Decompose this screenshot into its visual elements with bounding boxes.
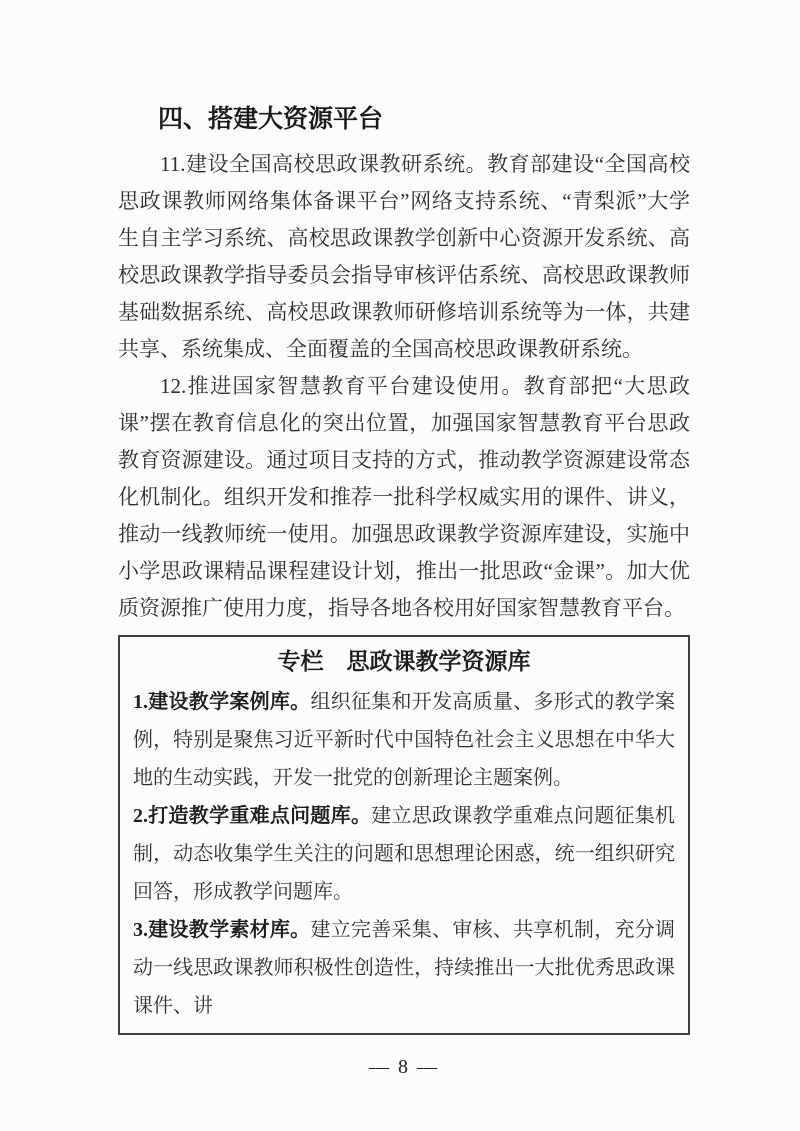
panel-item-3: 3.建设教学素材库。建立完善采集、审核、共享机制，充分调动一线思政课教师积极性创… — [133, 911, 675, 1025]
panel-item-3-lead: 3.建设教学素材库。 — [133, 919, 310, 941]
paragraph-12: 12.推进国家智慧教育平台建设使用。教育部把“大思政课”摆在教育信息化的突出位置… — [118, 368, 690, 627]
panel-item-2-lead: 2.打造教学重难点问题库。 — [133, 805, 371, 827]
document-page: 四、搭建大资源平台 11.建设全国高校思政课教研系统。教育部建设“全国高校思政课… — [0, 0, 800, 1131]
section-heading: 四、搭建大资源平台 — [158, 100, 690, 138]
panel-title: 专栏 思政课教学资源库 — [133, 641, 675, 681]
panel-item-2: 2.打造教学重难点问题库。建立思政课教学重难点问题征集机制，动态收集学生关注的问… — [133, 797, 675, 911]
panel-item-1: 1.建设教学案例库。组织征集和开发高质量、多形式的教学案例，特别是聚焦习近平新时… — [133, 683, 675, 797]
special-column-panel: 专栏 思政课教学资源库 1.建设教学案例库。组织征集和开发高质量、多形式的教学案… — [118, 635, 690, 1035]
paragraph-11: 11.建设全国高校思政课教研系统。教育部建设“全国高校思政课教师网络集体备课平台… — [118, 146, 690, 368]
page-number: — 8 — — [118, 1055, 690, 1079]
panel-item-1-lead: 1.建设教学案例库。 — [133, 691, 310, 713]
